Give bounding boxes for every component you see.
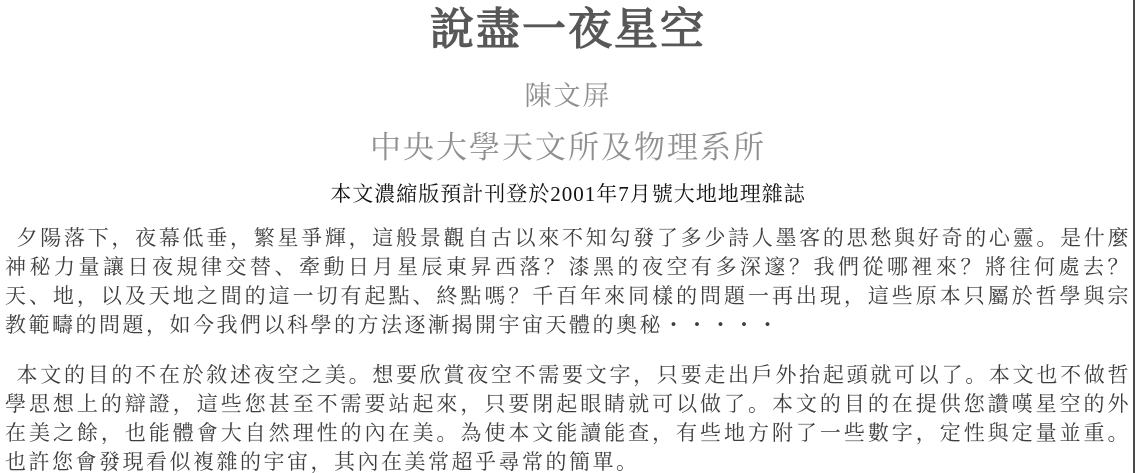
article-body: 夕陽落下，夜幕低垂，繁星爭輝，這般景觀自古以來不知勾發了多少詩人墨客的思愁與好奇… <box>5 224 1131 473</box>
author-name: 陳文屏 <box>5 80 1131 112</box>
right-edge-border <box>1133 0 1135 473</box>
body-paragraph-1: 夕陽落下，夜幕低垂，繁星爭輝，這般景觀自古以來不知勾發了多少詩人墨客的思愁與好奇… <box>5 224 1131 340</box>
page-title: 說盡一夜星空 <box>5 4 1131 56</box>
body-paragraph-2: 本文的目的不在於敘述夜空之美。想要欣賞夜空不需要文字，只要走出戶外抬起頭就可以了… <box>5 361 1131 473</box>
publication-note: 本文濃縮版預計刊登於2001年7月號大地地理雜誌 <box>5 181 1131 207</box>
article-page: 說盡一夜星空 陳文屏 中央大學天文所及物理系所 本文濃縮版預計刊登於2001年7… <box>0 4 1137 473</box>
author-affiliation: 中央大學天文所及物理系所 <box>5 130 1131 166</box>
